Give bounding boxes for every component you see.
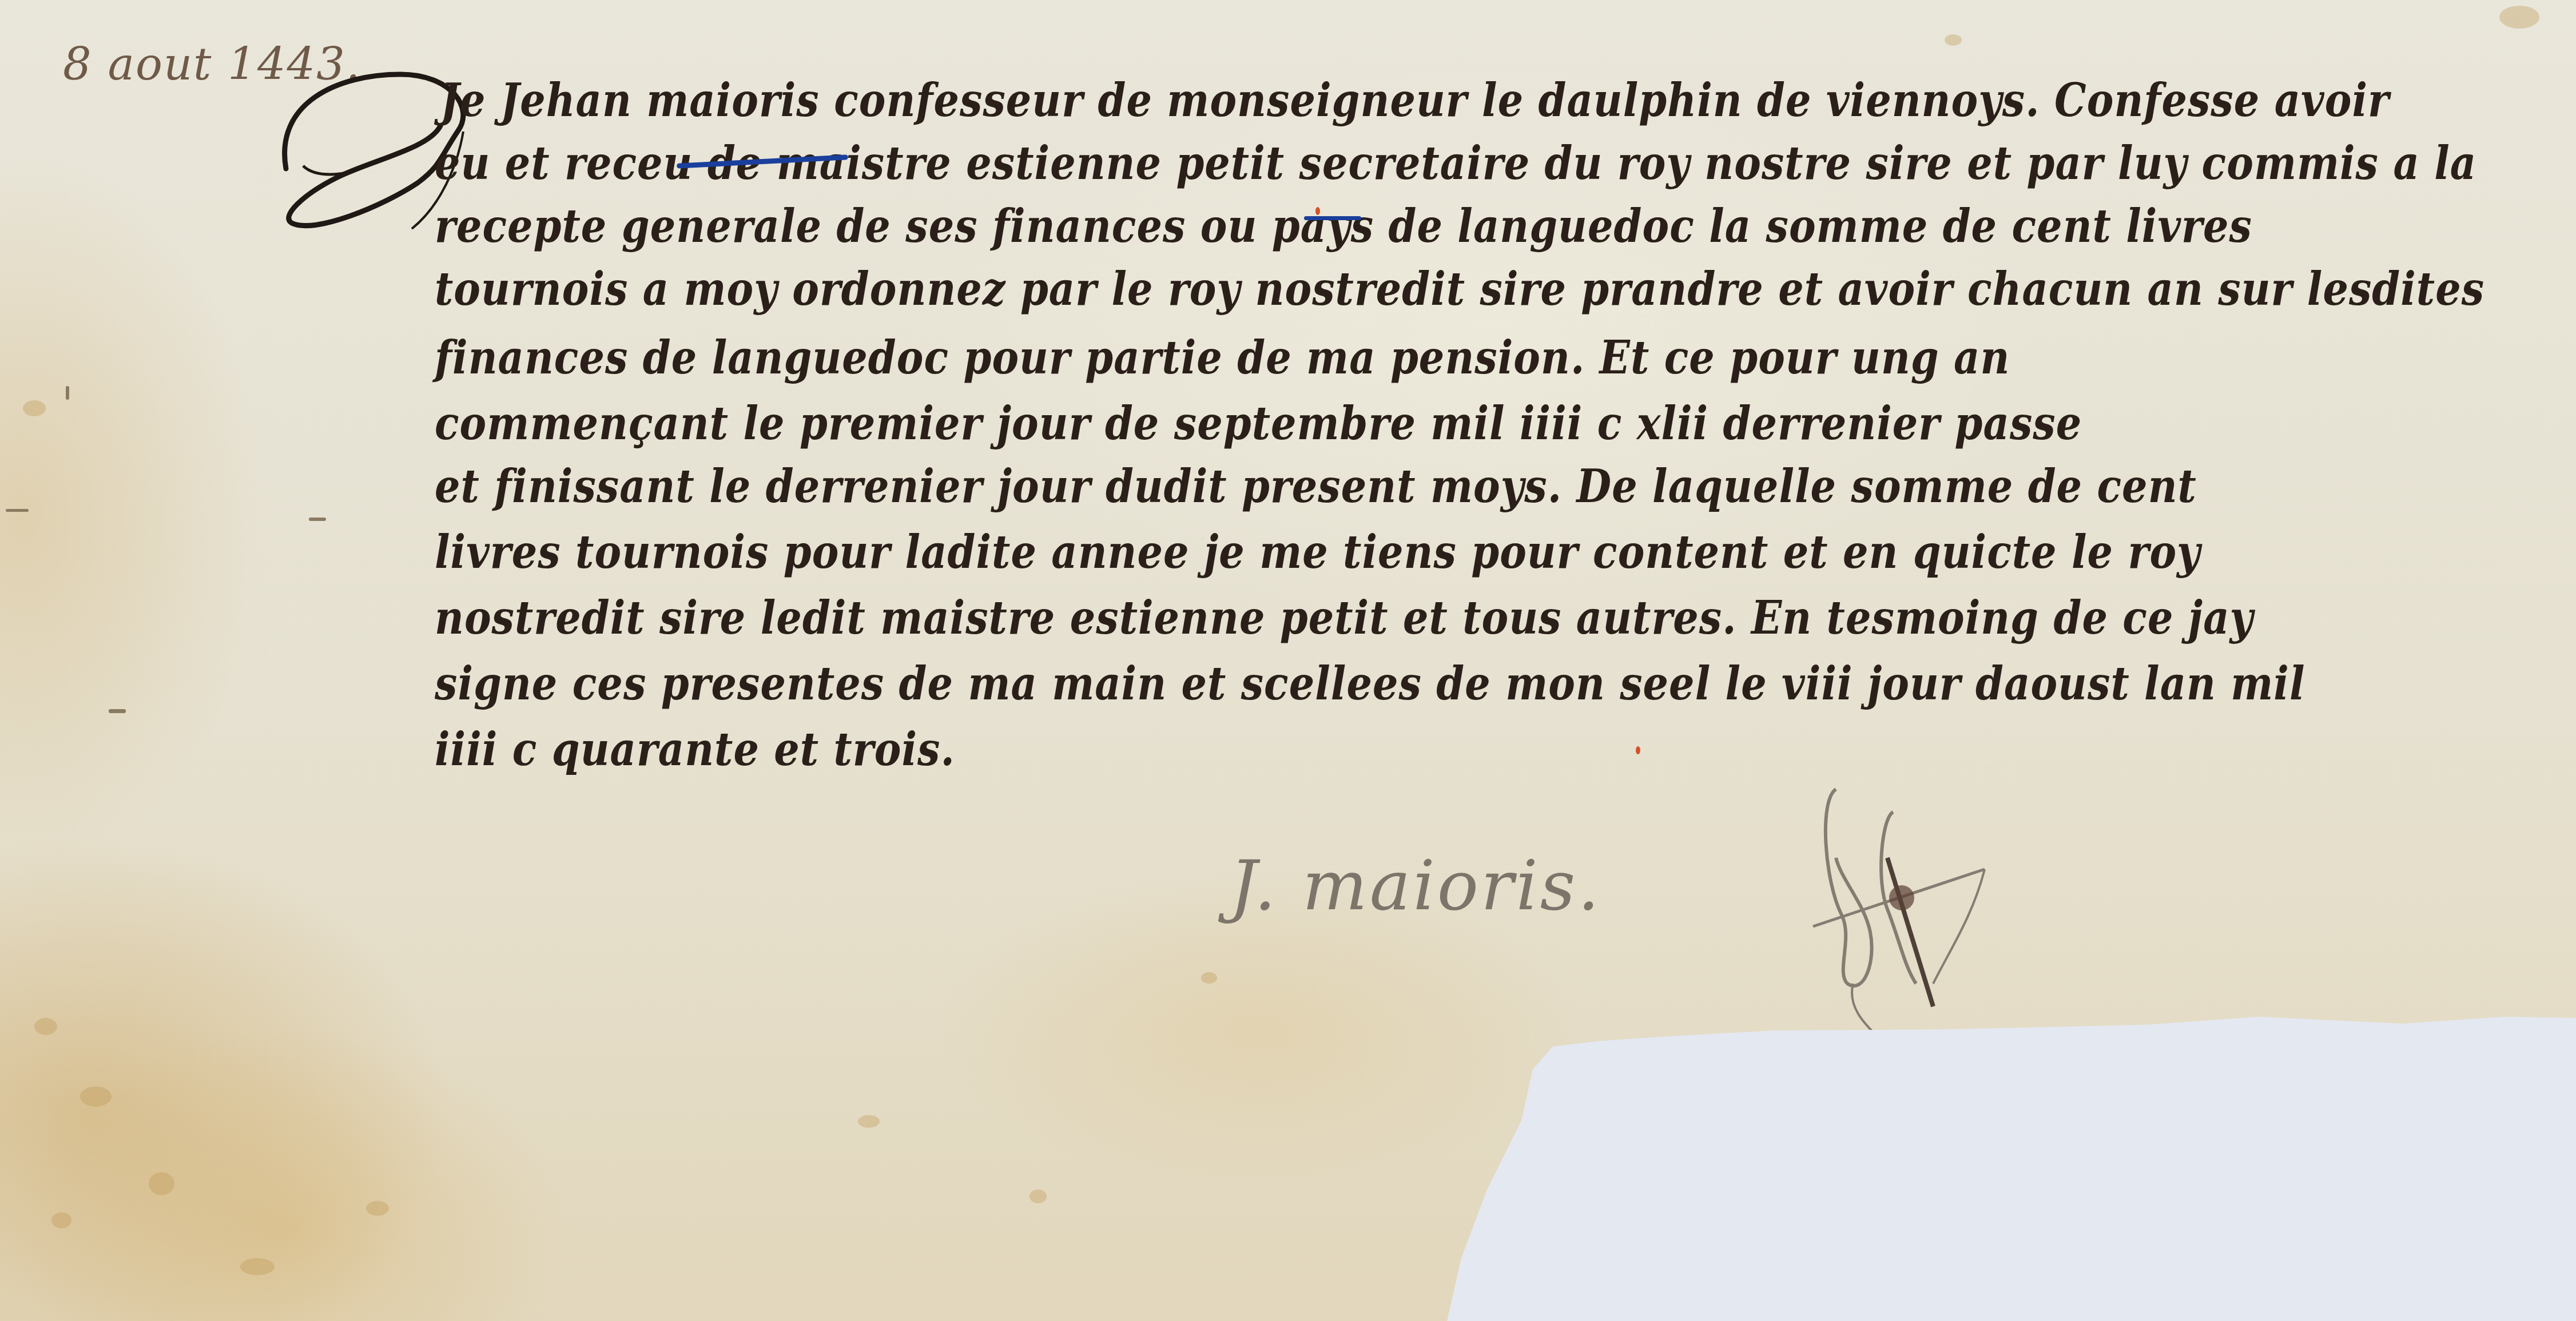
manuscript-line-1: Je Jehan maioris confesseur de monseigne…: [440, 73, 2390, 128]
foxing-spot: [1029, 1189, 1047, 1203]
red-mark: [1315, 207, 1320, 215]
manuscript-line-3: recepte generale de ses finances ou pays…: [435, 199, 2252, 253]
edge-mark: [109, 709, 126, 713]
foxing-spot: [1201, 972, 1217, 984]
manuscript-line-9: nostredit sire ledit maistre estienne pe…: [435, 591, 2253, 645]
foxing-spot: [80, 1087, 112, 1107]
foxing-spot: [1945, 34, 1962, 46]
notarial-paraph-mark: [1802, 766, 2007, 1035]
backdrop-surface: [1556, 1052, 2574, 1319]
manuscript-line-11: iiii c quarante et trois.: [435, 722, 955, 777]
manuscript-line-6: commençant le premier jour de septembre …: [435, 396, 2082, 451]
foxing-spot: [366, 1201, 389, 1216]
foxing-spot: [858, 1115, 880, 1128]
document-scene: 8 aout 1443. Je Jehan maioris confesseur…: [0, 0, 2576, 1321]
edge-mark: [309, 518, 326, 521]
manuscript-line-5: finances de languedoc pour partie de ma …: [435, 331, 2010, 385]
foxing-spot: [240, 1258, 275, 1275]
foxing-spot: [34, 1018, 57, 1035]
manuscript-line-10: signe ces presentes de ma main et scelle…: [435, 656, 2305, 711]
manuscript-line-8: livres tournois pour ladite annee je me …: [435, 525, 2201, 579]
signature: J. maioris.: [1230, 846, 1602, 926]
red-mark: [1636, 746, 1640, 754]
manuscript-line-4: tournois a moy ordonnez par le roy nostr…: [435, 262, 2484, 316]
edge-mark: [6, 509, 29, 512]
manuscript-line-7: et finissant le derrenier jour dudit pre…: [435, 459, 2197, 514]
blue-underline-petit: [1304, 216, 1361, 220]
foxing-spot: [23, 400, 46, 416]
foxing-spot: [149, 1172, 174, 1195]
foxing-spot: [2499, 6, 2539, 29]
foxing-spot: [51, 1212, 71, 1228]
edge-mark: [66, 386, 69, 400]
